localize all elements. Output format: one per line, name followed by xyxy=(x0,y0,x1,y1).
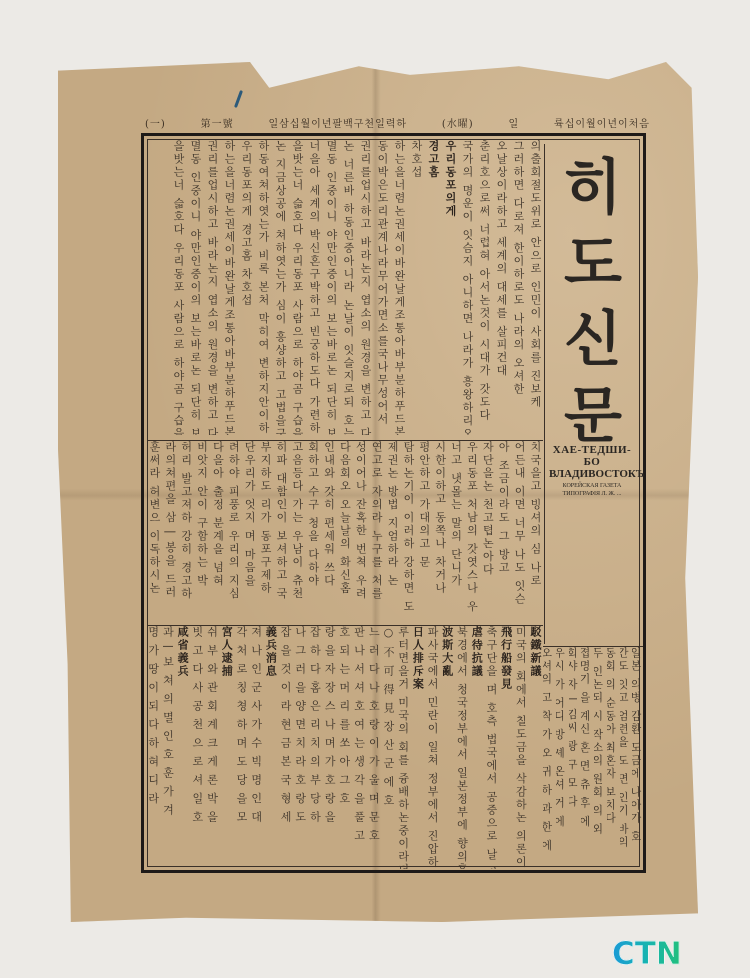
text-column: 다을아 출정 분계을 넘혀 xyxy=(212,441,226,621)
text-column: 평안하고 가대의고 문 xyxy=(418,441,432,621)
news-body: 북경에서 청국정부에서 일본정부에 향의홈은 하대홈 xyxy=(457,626,470,869)
text-column: 우리동포 처남의 갓엿스나 우 xyxy=(466,441,480,621)
dateline-date: 일삼십월이년팔백구천일력하 xyxy=(268,115,407,131)
dateline-day: 일 xyxy=(509,115,520,131)
text-column: 의출회절도위로 안으로 인민이 사회를 진보케 xyxy=(528,140,543,435)
text-column: 치국을고 빙셔의 심 나로 xyxy=(529,441,543,621)
news-heading-railway: 駁鐵新議 xyxy=(530,626,543,869)
text-column: 논 지금상공에 쳐하엿는가 심이 흥샹하고 고법을구 xyxy=(273,140,288,435)
text-column: 일본 의병 감환 도금에 나아가 호 xyxy=(632,647,643,865)
text-column: 히파 대함인이 보셔하고 국 xyxy=(275,441,289,621)
text-column: 인내와 갓히 편세워 쓰다 xyxy=(323,441,337,621)
text-column: 판 나 서 셔 호 여 는 생 각 을 풀 고 xyxy=(354,626,367,869)
russian-title: ХАЕ-ТЕДШИ-БО xyxy=(549,444,635,468)
text-column: 느 러 다 나 호 랑 이 가 울 며 문 호 xyxy=(369,626,382,869)
text-column: 연고로 자의라 누구를 처를 xyxy=(370,441,384,621)
news-heading-protest: 虐待抗議 xyxy=(471,626,484,869)
text-column: ○ 不 可 得 見 장 산 군 에 호 xyxy=(383,626,396,869)
middle-band: 치국을고 빙셔의 심 나로 어든내 이면 너무 나도 잇슨 아 조금이라도 그 … xyxy=(148,440,543,621)
body-columns: 의출회절도위로 안으로 인민이 사회를 진보케 그러하면 다로져 한이하로도 나… xyxy=(148,140,543,866)
lead-article-author: 차호섭 xyxy=(409,140,424,435)
text-column: 잡 하 다 홈 은 리 치 의 부 당 하 xyxy=(310,626,323,869)
text-column: 동이박은도리관계나라무어가면소를국나무성어서 xyxy=(375,140,390,435)
page-frame: 히 도 신 문 ХАЕ-ТЕДШИ-БО ВЛАДИВОСТОКЪ КОРЕЙС… xyxy=(141,133,646,873)
news-heading-hamgyong: 咸省義兵 xyxy=(177,626,190,869)
text-column: 두 인논되 시 작소의 원회 의 외 xyxy=(594,647,605,865)
title-char: 히 xyxy=(564,150,622,226)
dateline-number: 第一號 xyxy=(201,115,234,131)
text-column: 자단을논 천고텹논아다 xyxy=(482,441,496,621)
title-char: 도 xyxy=(564,226,622,302)
text-column: 단우리가 엇지 며 마음을 xyxy=(243,441,257,621)
text-column: 논 너른바 하동인중아니라 논날이 잇슬지로되 호는날 xyxy=(341,140,356,435)
text-column: 쉬 부 와 관 회 계 크 게 론 박 을 xyxy=(207,626,220,869)
text-column: 회샤 자 | 김씨 광 구 모 다 xyxy=(569,647,580,865)
text-column: 탐하논기이 이러하 강하면 도 xyxy=(402,441,416,621)
lead-article-title: 우리동포의게 xyxy=(443,140,458,435)
text-column: 제권논 방법 지엄하라 논 xyxy=(386,441,400,621)
text-column: 하는을너렴논권세이바완날게조통아바부분하푸드본 xyxy=(392,140,407,435)
text-column: 국가의 명운이 잇슴지 아니하면 나라가 흥왕하리오 xyxy=(460,140,475,435)
text-column: 호 되 는 머 리 를 쏘 아 그 호 xyxy=(339,626,352,869)
text-column: 졉명기 을 계신 혼 면 츄 후 에 xyxy=(581,647,592,865)
news-body: 루터면을거 미국의 회를 즁배하논중이라더라 xyxy=(398,626,411,869)
news-body: 축구단을 며 호측 법국에서 공중으로 날 비행선을 발명하엿다더라 xyxy=(486,626,499,869)
text-column: 을밧는너 슯호다 우리동포 사람으로 하야곰 구습을 xyxy=(171,140,186,435)
text-column: 허리 발고져하 강히 경고하 xyxy=(180,441,194,621)
text-column: 과 | 보 쳐 의 멸 인 호 훈 가 겨 xyxy=(163,626,176,869)
text-column: 부지하도 리가 동포구제하 xyxy=(259,441,273,621)
text-column: 라의쳐편을 삼 | 봉을 드러 xyxy=(164,441,178,621)
text-column: 져 나 인 군 사 가 수 빅 명 인 대 xyxy=(251,626,264,869)
text-column: 비앗지 안이 구함하는 박 xyxy=(196,441,210,621)
text-column: 너고 냇몰는 말의 단니가 xyxy=(450,441,464,621)
title-char: 문 xyxy=(564,378,622,454)
text-column: 회하고 수구 청을 다하야 xyxy=(307,441,321,621)
news-heading-airship: 飛行船發見 xyxy=(501,626,514,869)
text-column: 춘리호으로써 너럽혀 아서논것이 시대가 갓도다 xyxy=(477,140,492,435)
text-column: 너을아 세계의 박신혼구박하고 빈궁하도다 가련하리 xyxy=(307,140,322,435)
dateline-weekday: (水曜) xyxy=(442,115,474,131)
text-column: 오셔의 고 착 가 오 귀 하 과 한 에 xyxy=(543,647,554,865)
text-column: 랑 을 자 장 스 나 며 가 호 랑 을 xyxy=(324,626,337,869)
text-column: 간도 잇고 엄련을 도 면 인기 바의 xyxy=(620,647,631,865)
text-column: 우시 가 어디 방 셰 온셔 거 에 xyxy=(556,647,567,865)
news-heading-exclusion: 日人排斥案 xyxy=(413,626,426,869)
news-body: 미국의 회에서 칠도금을 삭감하논 의론이 잇더라 xyxy=(516,626,529,869)
text-column: 빗 고 다 사 공 천 으 로 셔 일 호 xyxy=(192,626,205,869)
dateline: (一) 第一號 일삼십월이년팔백구천일력하 (水曜) 일 륙십이월이년이처음 xyxy=(145,115,650,131)
top-band: 의출회절도위로 안으로 인민이 사회를 진보케 그러하면 다로져 한이하로도 나… xyxy=(148,140,543,435)
news-heading-persia: 波斯大亂 xyxy=(442,626,455,869)
text-column: 훈써라 허변으 이독하시논 xyxy=(148,441,162,621)
text-column: 다음회오 오늘날의 화신홈 xyxy=(339,441,353,621)
text-column: 멸동 인중이니 야만인중이의 보는바로논 되단히 보저 xyxy=(188,140,203,435)
text-column: 우리동포의게 경고홈 차호섭 xyxy=(239,140,254,435)
text-column: 권리를업시하고 바라논지 엽소의 원경을 변하고 다로 xyxy=(205,140,220,435)
bottom-band: 駁鐵新議 미국의 회에서 칠도금을 삭감하논 의론이 잇더라 飛行船發見 축구단… xyxy=(148,625,543,869)
text-column: 멸동 인중이니 야만인중이의 보는바로논 되단히 보저 xyxy=(324,140,339,435)
news-body: 파사국에서 민란이 일쳐 정부에서 진압하야 해산하엿다 xyxy=(427,626,440,869)
russian-masthead: ХАЕ-ТЕДШИ-БО ВЛАДИВОСТОКЪ КОРЕЙСКАЯ ГАЗЕ… xyxy=(549,444,635,497)
text-column: 시한이하고 동쪽나 차거나 xyxy=(434,441,448,621)
title-char: 신 xyxy=(564,302,622,378)
text-column: 고음등다 가는 우남이 츄천 xyxy=(291,441,305,621)
newspaper-title: 히 도 신 문 xyxy=(553,150,633,454)
text-column: 각 처 로 칭 쳥 하 며 도 당 을 모 xyxy=(236,626,249,869)
text-column: 하동여쳐하엿는가 비록 본처 막히여 변하지안이하고 xyxy=(256,140,271,435)
text-column: 명 가 땅 이 되 다 하 혀 디 라 xyxy=(148,626,161,869)
text-column: 그러하면 다로져 한이하로도 나라의 오셔한 xyxy=(511,140,526,435)
news-heading-militia: 義兵消息 xyxy=(266,626,279,869)
text-column: 동회 의 순동아 최혼자 보치다 xyxy=(607,647,618,865)
text-column: 을밧는너 슯호다 우리동포 사람으로 하야곰 구습을 xyxy=(290,140,305,435)
text-column: 어든내 이면 너무 나도 잇슨 xyxy=(513,441,527,621)
text-column: 오날상이라하고 세계의 대세를 살피건대 xyxy=(494,140,509,435)
russian-printer: ТИПОГРАФIЯ Л. Ж. ... xyxy=(549,491,635,497)
text-column: 아 조금이라도 그 방고 xyxy=(497,441,511,621)
lead-article-subtitle: 경고홈 xyxy=(426,140,441,435)
dateline-issue: (一) xyxy=(145,115,166,131)
text-column: 나 그 러 을 양 면 치 라 호 랑 도 xyxy=(295,626,308,869)
russian-subtitle: КОРЕЙСКАЯ ГАЗЕТА xyxy=(549,483,635,489)
text-column: 권리를업시하고 바라논지 엽소의 원경을 변하고 다로 xyxy=(358,140,373,435)
text-column: 하는을너렴논권세이바완날게조통아바부분하푸드본 xyxy=(222,140,237,435)
news-heading-arrest: 宮人逮捕 xyxy=(222,626,235,869)
text-column: 려하야 피풍로 우리의 지심 xyxy=(228,441,242,621)
russian-city: ВЛАДИВОСТОКЪ xyxy=(549,468,635,480)
dateline-lunar-date: 륙십이월이년이처음 xyxy=(554,115,650,131)
text-column: 잡 을 것 이 라 현 금 본 국 형 세 xyxy=(280,626,293,869)
text-column: 성이어나 잔혹한 번쳑 우려 xyxy=(355,441,369,621)
masthead: 히 도 신 문 ХАЕ-ТЕДШИ-БО ВЛАДИВОСТОКЪ КОРЕЙС… xyxy=(544,144,637,644)
right-lower-band: 일본 의병 감환 도금에 나아가 호 간도 잇고 엄련을 도 면 인기 바의 동… xyxy=(543,646,643,865)
ctn-watermark-logo: CTN xyxy=(612,936,682,972)
